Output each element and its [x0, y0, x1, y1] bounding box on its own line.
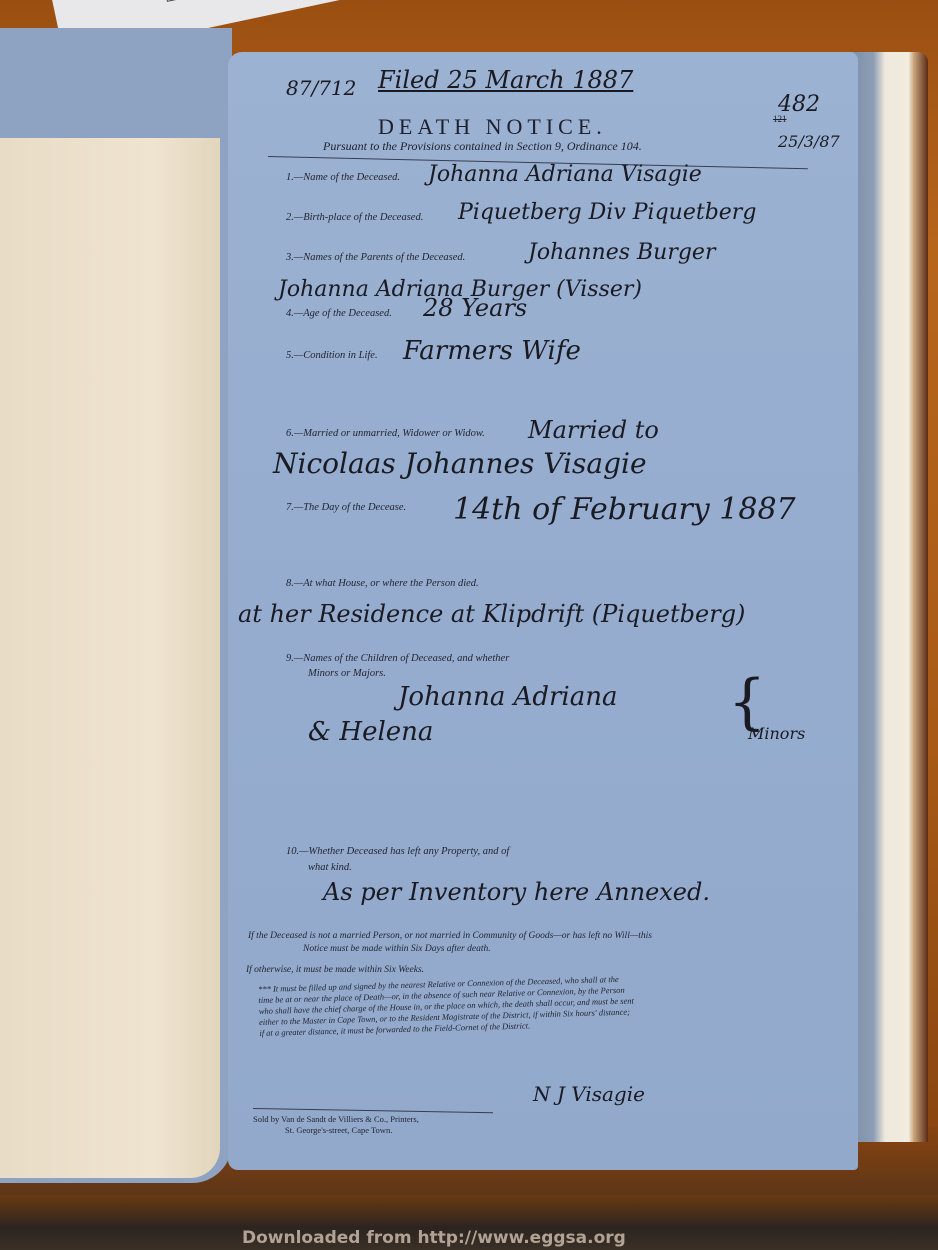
children-brace: {	[728, 672, 766, 732]
death-notice-form: 87/712 Filed 25 March 1887 482 121 25/3/…	[228, 52, 858, 1170]
printer-imprint: Sold by Van de Sandt de Villiers & Co., …	[253, 1114, 419, 1136]
field-label-children-2: Minors or Majors.	[308, 668, 386, 679]
signature: N J Visagie	[533, 1082, 645, 1106]
page-edges	[850, 52, 928, 1142]
left-page-stack	[0, 28, 232, 1183]
field-label-condition: 5.—Condition in Life.	[286, 350, 378, 361]
watermark: Downloaded from http://www.eggsa.org	[242, 1228, 626, 1248]
field-label-children: 9.—Names of the Children of Deceased, an…	[286, 653, 509, 664]
field-value-child-2: & Helena	[308, 717, 433, 747]
instruction-note: *** It must be filled up and signed by t…	[258, 974, 635, 1039]
field-value-birthplace: Piquetberg Div Piquetberg	[458, 200, 756, 225]
field-label-age: 4.—Age of the Deceased.	[286, 308, 392, 319]
field-label-place: 8.—At what House, or where the Person di…	[286, 578, 479, 589]
filed-note: Filed 25 March 1887	[378, 66, 633, 94]
field-value-age: 28 Years	[423, 294, 527, 322]
struck-number: 121	[773, 114, 787, 124]
field-label-name: 1.—Name of the Deceased.	[286, 172, 400, 183]
field-value-property: As per Inventory here Annexed.	[323, 878, 710, 906]
instruction-line-1: If the Deceased is not a married Person,…	[248, 930, 652, 943]
slip-row: MOOC	[164, 0, 227, 2]
date-note: 25/3/87	[778, 132, 840, 151]
field-label-birthplace: 2.—Birth-place of the Deceased.	[286, 212, 423, 223]
field-label-property: 10.—Whether Deceased has left any Proper…	[286, 846, 509, 857]
field-label-property-2: what kind.	[308, 862, 352, 873]
field-value-place: at her Residence at Klipdrift (Piquetber…	[238, 600, 745, 628]
instruction-line-2: Notice must be made within Six Days afte…	[303, 943, 491, 956]
field-value-father: Johannes Burger	[528, 240, 715, 265]
file-reference: 87/712	[286, 76, 356, 100]
field-value-child-1: Johanna Adriana	[398, 682, 618, 712]
left-blank-page	[0, 138, 220, 1178]
field-label-date: 7.—The Day of the Decease.	[286, 502, 406, 513]
field-value-name: Johanna Adriana Visagie	[428, 162, 702, 187]
field-label-parents: 3.—Names of the Parents of the Deceased.	[286, 252, 465, 263]
field-value-condition: Farmers Wife	[403, 336, 581, 366]
field-value-marital: Married to	[528, 416, 659, 444]
field-value-spouse: Nicolaas Johannes Visagie	[273, 447, 647, 480]
form-title: DEATH NOTICE.	[378, 114, 607, 140]
form-subtitle: Pursuant to the Provisions contained in …	[323, 139, 642, 154]
printer-rule	[253, 1108, 493, 1113]
instruction-line-3: If otherwise, it must be made within Six…	[246, 964, 424, 977]
field-label-marital: 6.—Married or unmarried, Widower or Wido…	[286, 428, 485, 439]
field-value-date: 14th of February 1887	[453, 492, 796, 527]
field-value-minors: Minors	[748, 724, 805, 743]
